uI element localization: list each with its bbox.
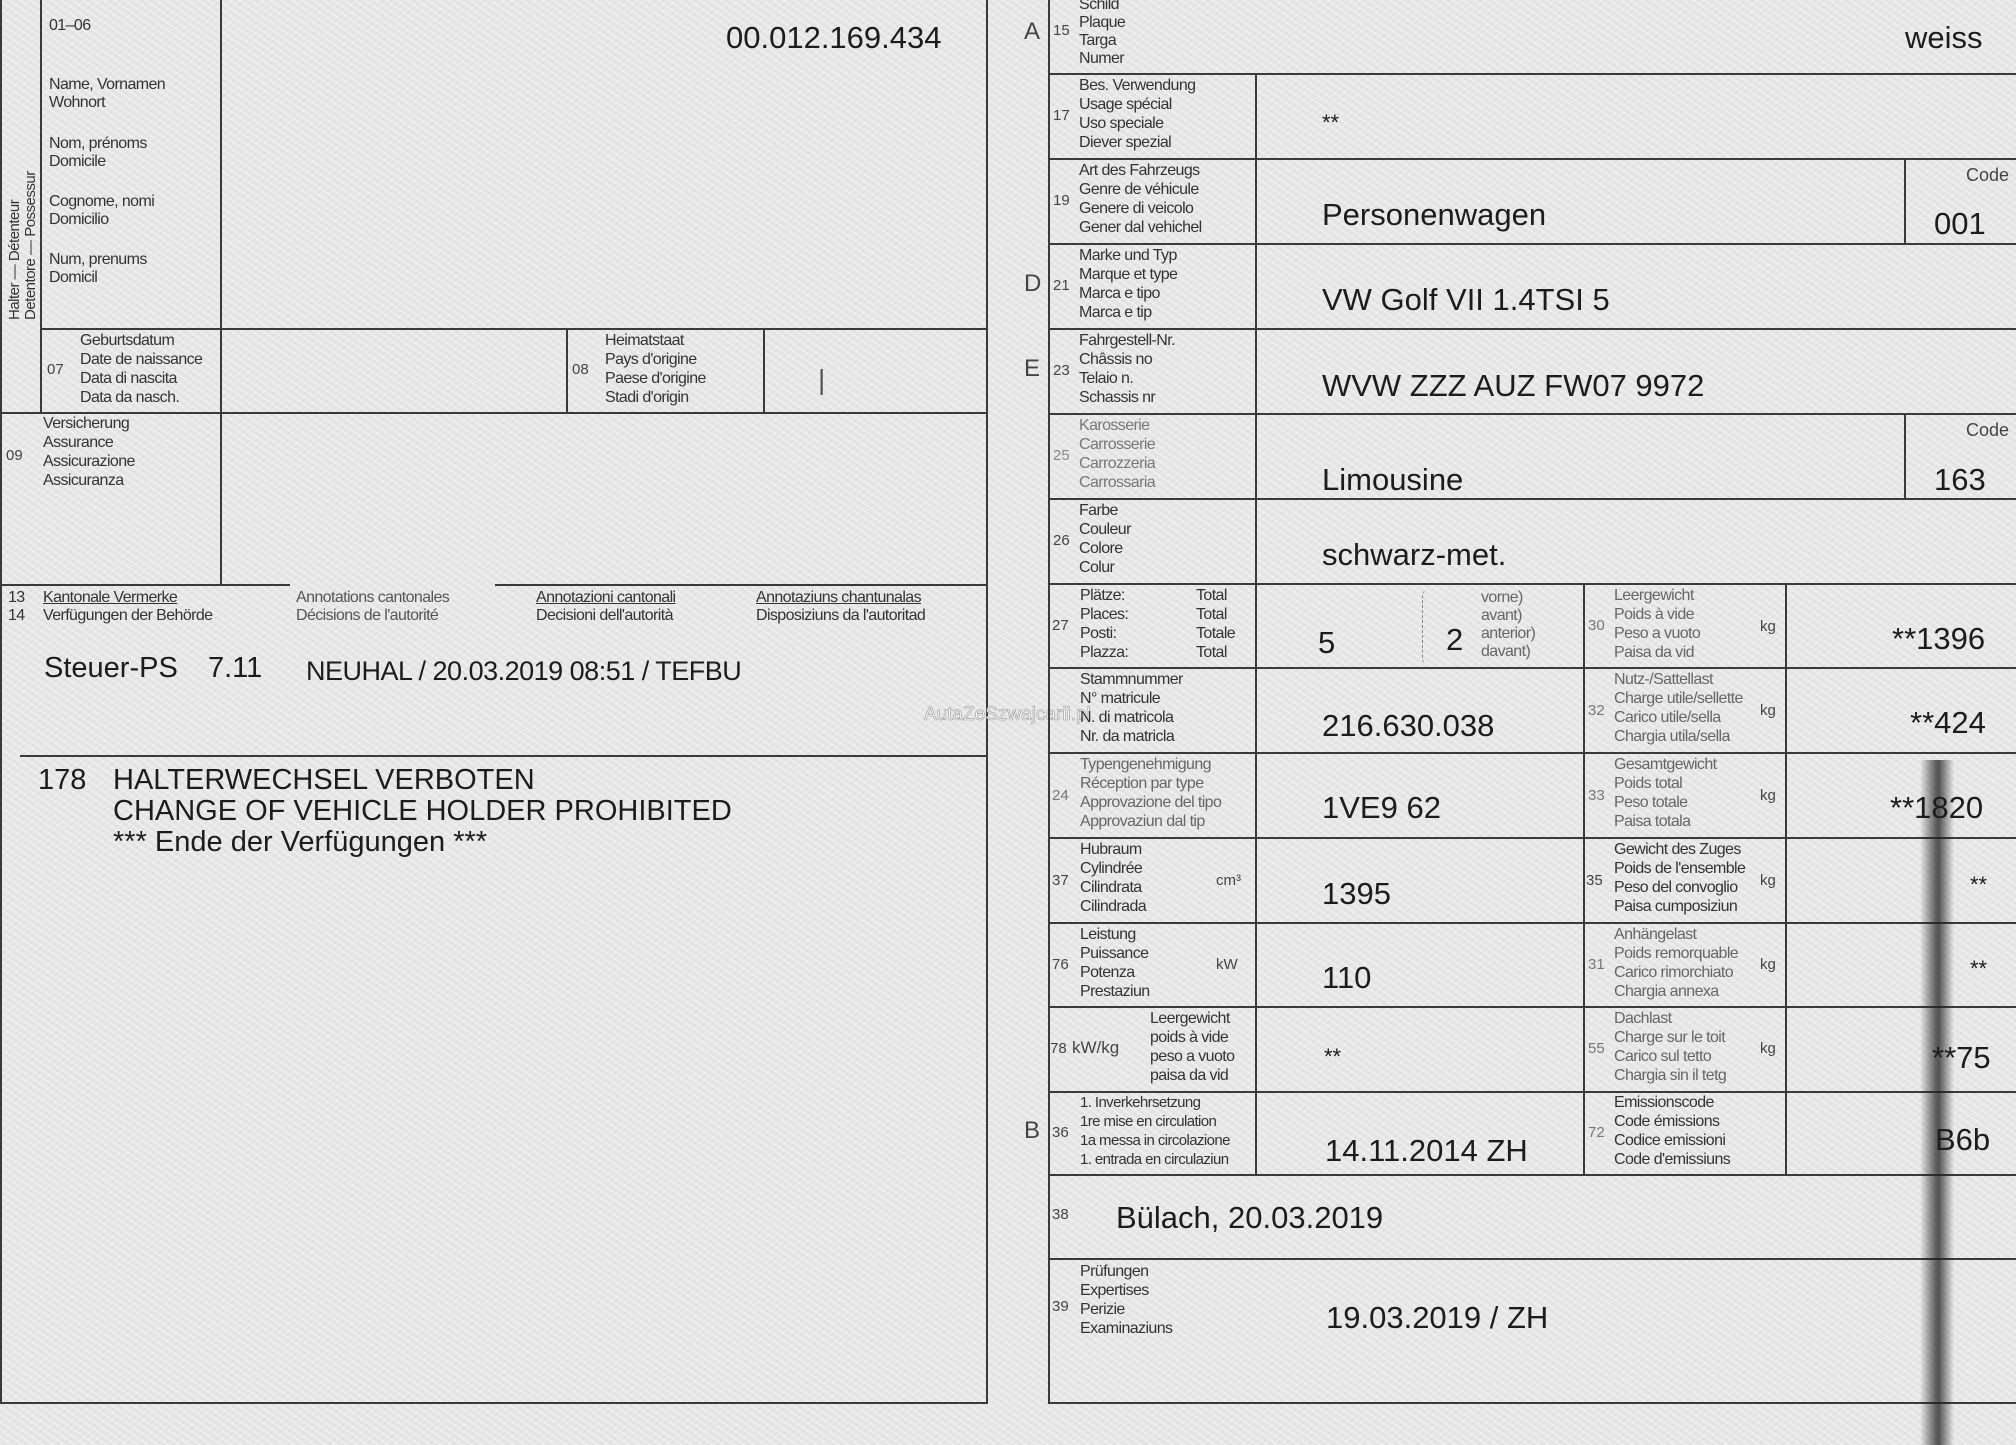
- train-weight-value: **: [1970, 872, 1987, 898]
- restriction-line: CHANGE OF VEHICLE HOLDER PROHIBITED: [113, 795, 732, 827]
- section-d-marker: D: [1024, 270, 1041, 298]
- empty-weight-field-number: 30: [1588, 617, 1605, 634]
- make-label: Marca e tip: [1079, 304, 1152, 322]
- emission-code-label: Codice emissioni: [1614, 1132, 1725, 1150]
- special-use-field-number: 17: [1053, 107, 1070, 124]
- holder-label: Domicilio: [49, 211, 109, 229]
- holder-label: Wohnort: [49, 94, 105, 112]
- displacement-label: Cilindrata: [1080, 879, 1142, 897]
- insurance-label: Assicurazione: [43, 453, 135, 471]
- holder-vertical-label-2: Detentore — Possessur: [22, 171, 39, 320]
- power-weight-label: Leergewicht: [1150, 1010, 1230, 1028]
- chassis-label: Telaio n.: [1079, 370, 1133, 388]
- roof-load-unit: kg: [1760, 1040, 1776, 1057]
- make-label: Marca e tipo: [1079, 285, 1160, 303]
- power-weight-label: peso a vuoto: [1150, 1048, 1234, 1066]
- special-use-label: Diever spezial: [1079, 134, 1171, 152]
- chassis-field-number: 23: [1053, 362, 1070, 379]
- type-approval-value: 1VE9 62: [1322, 790, 1441, 826]
- color-value: schwarz-met.: [1322, 537, 1506, 573]
- plate-field-number: 15: [1053, 22, 1070, 39]
- first-registration-label: 1. entrada en circulaziun: [1080, 1151, 1228, 1169]
- type-approval-label: Approvaziun dal tip: [1080, 813, 1205, 831]
- annotations-header: Verfügungen der Behörde: [43, 607, 212, 625]
- displacement-value: 1395: [1322, 876, 1391, 912]
- body-code-label: Code: [1966, 420, 2009, 441]
- chassis-label: Châssis no: [1079, 351, 1152, 369]
- emission-code-field-number: 72: [1588, 1124, 1605, 1141]
- holder-label: Nom, prénoms: [49, 135, 147, 153]
- master-number-label: Nr. da matricla: [1080, 728, 1174, 746]
- train-weight-label: Peso del convoglio: [1614, 879, 1738, 897]
- seats-total-label: Totale: [1196, 625, 1235, 643]
- inspections-field-number: 39: [1052, 1298, 1069, 1315]
- power-weight-unit: kW/kg: [1072, 1038, 1119, 1058]
- vehicle-type-value: Personenwagen: [1322, 197, 1546, 233]
- seats-label: Places:: [1080, 606, 1128, 624]
- holder-label: Name, Vornamen: [49, 76, 165, 94]
- first-registration-label: 1. Inverkehrsetzung: [1080, 1094, 1200, 1112]
- master-number-label: Stammnummer: [1080, 671, 1183, 689]
- payload-label: Chargia utila/sella: [1614, 728, 1730, 746]
- body-code: 163: [1934, 462, 1986, 498]
- type-approval-label: Réception par type: [1080, 775, 1204, 793]
- holder-field-number: 01–06: [49, 17, 91, 35]
- watermark: AutaZeSzwajcarii.pl: [924, 704, 1091, 726]
- origin-label: Pays d'origine: [605, 351, 697, 369]
- holder-label: Domicile: [49, 153, 106, 171]
- holder-vertical-label-1: Halter — Détenteur: [6, 200, 23, 320]
- trailer-load-label: Anhängelast: [1614, 926, 1696, 944]
- first-registration-value: 14.11.2014 ZH: [1325, 1133, 1528, 1169]
- displacement-label: Cilindrada: [1080, 898, 1146, 916]
- empty-weight-label: Paisa da vid: [1614, 644, 1694, 662]
- first-registration-label: 1re mise en circulation: [1080, 1113, 1216, 1131]
- roof-load-label: Chargia sin il tetg: [1614, 1067, 1726, 1085]
- train-weight-unit: kg: [1760, 872, 1776, 889]
- seats-total-label: Total: [1196, 644, 1227, 662]
- payload-field-number: 32: [1588, 702, 1605, 719]
- annotations-header: Disposiziuns da l'autoritad: [756, 607, 925, 625]
- body-label: Carrosserie: [1079, 436, 1155, 454]
- special-use-label: Bes. Verwendung: [1079, 77, 1195, 95]
- body-field-number: 25: [1053, 447, 1070, 464]
- origin-label: Stadi d'origin: [605, 389, 689, 407]
- fold-smudge: [1920, 760, 1954, 1445]
- payload-label: Nutz-/Sattellast: [1614, 671, 1713, 689]
- power-label: Leistung: [1080, 926, 1136, 944]
- train-weight-label: Paisa cumposiziun: [1614, 898, 1737, 916]
- body-value: Limousine: [1322, 462, 1463, 498]
- trailer-load-label: Chargia annexa: [1614, 983, 1719, 1001]
- roof-load-label: Dachlast: [1614, 1010, 1671, 1028]
- power-unit: kW: [1216, 956, 1238, 973]
- master-number-value: 216.630.038: [1322, 708, 1494, 744]
- color-label: Farbe: [1079, 502, 1118, 520]
- trailer-load-label: Carico rimorchiato: [1614, 964, 1733, 982]
- birth-field-number: 07: [47, 361, 64, 378]
- inspections-label: Examinaziuns: [1080, 1320, 1172, 1338]
- vehicle-type-label: Gener dal vehichel: [1079, 219, 1202, 237]
- plate-value: weiss: [1905, 20, 1983, 56]
- seats-total-label: Total: [1196, 606, 1227, 624]
- power-label: Prestaziun: [1080, 983, 1150, 1001]
- power-label: Puissance: [1080, 945, 1148, 963]
- tax-label: Steuer-PS: [44, 652, 178, 684]
- birth-label: Geburtsdatum: [80, 332, 174, 350]
- restriction-line: HALTERWECHSEL VERBOTEN: [113, 764, 535, 796]
- seats-label: Posti:: [1080, 625, 1116, 643]
- type-approval-label: Approvazione del tipo: [1080, 794, 1221, 812]
- annotations-header: Décisions de l'autorité: [296, 607, 438, 625]
- origin-value: |: [818, 364, 825, 396]
- vehicle-type-code-label: Code: [1966, 165, 2009, 186]
- empty-weight-value: **1396: [1892, 621, 1985, 657]
- total-weight-unit: kg: [1760, 787, 1776, 804]
- tax-value: 7.11: [208, 652, 262, 684]
- special-use-value: **: [1322, 110, 1339, 136]
- annotations-header: Annotaziuns chantunalas: [756, 589, 921, 607]
- total-weight-label: Peso totale: [1614, 794, 1687, 812]
- displacement-label: Hubraum: [1080, 841, 1142, 859]
- chassis-label: Fahrgestell-Nr.: [1079, 332, 1175, 350]
- seats-front-label: vorne): [1481, 589, 1523, 607]
- annotations-header: Annotazioni cantonali: [536, 589, 676, 607]
- document-number: 00.012.169.434: [726, 20, 942, 56]
- vehicle-type-label: Genre de véhicule: [1079, 181, 1199, 199]
- trailer-load-label: Poids remorquable: [1614, 945, 1738, 963]
- power-weight-value: **: [1324, 1044, 1341, 1070]
- trailer-load-value: **: [1970, 956, 1987, 982]
- first-registration-field-number: 36: [1052, 1124, 1069, 1141]
- make-model-value: VW Golf VII 1.4TSI 5: [1322, 282, 1610, 318]
- special-use-label: Usage spécial: [1079, 96, 1172, 114]
- seats-front-label: avant): [1481, 607, 1522, 625]
- issue-field-number: 38: [1052, 1206, 1069, 1223]
- type-approval-label: Typengenehmigung: [1080, 756, 1211, 774]
- payload-value: **424: [1910, 705, 1986, 741]
- section-e-marker: E: [1024, 355, 1040, 383]
- annotations-header: Decisioni dell'autorità: [536, 607, 673, 625]
- seats-label: Plazza:: [1080, 644, 1128, 662]
- special-use-label: Uso speciale: [1079, 115, 1163, 133]
- train-weight-label: Poids de l'ensemble: [1614, 860, 1745, 878]
- make-label: Marque et type: [1079, 266, 1177, 284]
- inspections-label: Expertises: [1080, 1282, 1149, 1300]
- color-label: Couleur: [1079, 521, 1131, 539]
- master-number-label: N. di matricola: [1080, 709, 1173, 727]
- insurance-label: Assurance: [43, 434, 113, 452]
- color-label: Colore: [1079, 540, 1123, 558]
- chassis-value: WVW ZZZ AUZ FW07 9972: [1322, 368, 1704, 404]
- power-weight-label: paisa da vid: [1150, 1067, 1228, 1085]
- make-label: Marke und Typ: [1079, 247, 1177, 265]
- insurance-field-number: 09: [6, 447, 23, 464]
- payload-label: Charge utile/sellette: [1614, 690, 1743, 708]
- trailer-load-unit: kg: [1760, 956, 1776, 973]
- emission-code-label: Code émissions: [1614, 1113, 1719, 1131]
- holder-label: Domicil: [49, 269, 97, 287]
- holder-label: Num, prenums: [49, 251, 147, 269]
- body-label: Karosserie: [1079, 417, 1149, 435]
- origin-label: Paese d'origine: [605, 370, 706, 388]
- inspections-label: Prüfungen: [1080, 1263, 1148, 1281]
- displacement-field-number: 37: [1052, 872, 1069, 889]
- section-b-marker: B: [1024, 1117, 1040, 1145]
- total-weight-label: Poids total: [1614, 775, 1682, 793]
- power-weight-label: poids à vide: [1150, 1029, 1228, 1047]
- roof-load-field-number: 55: [1588, 1040, 1605, 1057]
- roof-load-label: Carico sul tetto: [1614, 1048, 1711, 1066]
- displacement-unit: cm³: [1216, 872, 1241, 889]
- type-approval-field-number: 24: [1052, 787, 1069, 804]
- seats-front-label: anterior): [1481, 625, 1535, 643]
- plate-label: Schild: [1079, 0, 1119, 14]
- train-weight-field-number: 35: [1586, 872, 1603, 889]
- annotations-header: Kantonale Vermerke: [43, 589, 177, 607]
- inspections-value: 19.03.2019 / ZH: [1326, 1300, 1548, 1336]
- master-number-label: N° matricule: [1080, 690, 1160, 708]
- total-weight-field-number: 33: [1588, 787, 1605, 804]
- restriction-line: *** Ende der Verfügungen ***: [113, 826, 487, 858]
- insurance-label: Versicherung: [43, 415, 129, 433]
- annotations-field-14: 14: [8, 607, 25, 625]
- make-field-number: 21: [1053, 277, 1070, 294]
- origin-label: Heimatstaat: [605, 332, 684, 350]
- seats-label: Plätze:: [1080, 587, 1125, 605]
- power-label: Potenza: [1080, 964, 1135, 982]
- seats-total-value: 5: [1318, 625, 1335, 661]
- inspections-label: Perizie: [1080, 1301, 1125, 1319]
- restriction-code: 178: [38, 764, 86, 796]
- birth-label: Date de naissance: [80, 351, 202, 369]
- vehicle-type-code: 001: [1934, 206, 1986, 242]
- seats-front-value: 2: [1446, 622, 1463, 658]
- emission-code-label: Code d'emissiuns: [1614, 1151, 1730, 1169]
- power-value: 110: [1322, 960, 1371, 996]
- total-weight-label: Gesamtgewicht: [1614, 756, 1716, 774]
- first-registration-label: 1a messa in circolazione: [1080, 1132, 1230, 1150]
- issue-place-date: Bülach, 20.03.2019: [1116, 1200, 1383, 1236]
- annotations-header: Annotations cantonales: [296, 589, 449, 607]
- body-label: Carrossaria: [1079, 474, 1155, 492]
- body-label: Carrozzeria: [1079, 455, 1155, 473]
- vehicle-type-field-number: 19: [1053, 192, 1070, 209]
- train-weight-label: Gewicht des Zuges: [1614, 841, 1741, 859]
- brace-divider: [1422, 590, 1433, 664]
- power-weight-field-number: 78: [1050, 1040, 1067, 1057]
- plate-label: Targa: [1079, 32, 1116, 50]
- empty-weight-label: Poids à vide: [1614, 606, 1694, 624]
- annotations-field-13: 13: [8, 589, 25, 607]
- displacement-label: Cylindrée: [1080, 860, 1142, 878]
- total-weight-label: Paisa totala: [1614, 813, 1690, 831]
- holder-label: Cognome, nomi: [49, 193, 154, 211]
- annotation-entry: NEUHAL / 20.03.2019 08:51 / TEFBU: [306, 655, 741, 687]
- color-label: Colur: [1079, 559, 1114, 577]
- birth-label: Data da nasch.: [80, 389, 179, 407]
- birth-label: Data di nascita: [80, 370, 177, 388]
- seats-total-label: Total: [1196, 587, 1227, 605]
- seats-front-label: davant): [1481, 643, 1530, 661]
- roof-load-label: Charge sur le toit: [1614, 1029, 1725, 1047]
- plate-label: Plaque: [1079, 14, 1125, 32]
- vehicle-type-label: Genere di veicolo: [1079, 200, 1193, 218]
- chassis-label: Schassis nr: [1079, 389, 1155, 407]
- empty-weight-label: Peso a vuoto: [1614, 625, 1700, 643]
- empty-weight-label: Leergewicht: [1614, 587, 1694, 605]
- insurance-label: Assicuranza: [43, 472, 124, 490]
- color-field-number: 26: [1053, 532, 1070, 549]
- payload-label: Carico utile/sella: [1614, 709, 1721, 727]
- empty-weight-unit: kg: [1760, 618, 1776, 635]
- vehicle-type-label: Art des Fahrzeugs: [1079, 162, 1200, 180]
- plate-label: Numer: [1079, 50, 1124, 68]
- power-field-number: 76: [1052, 956, 1069, 973]
- payload-unit: kg: [1760, 702, 1776, 719]
- emission-code-label: Emissionscode: [1614, 1094, 1714, 1112]
- origin-field-number: 08: [572, 361, 589, 378]
- section-a-marker: A: [1024, 18, 1040, 46]
- trailer-load-field-number: 31: [1588, 956, 1605, 973]
- seats-field-number: 27: [1052, 617, 1069, 634]
